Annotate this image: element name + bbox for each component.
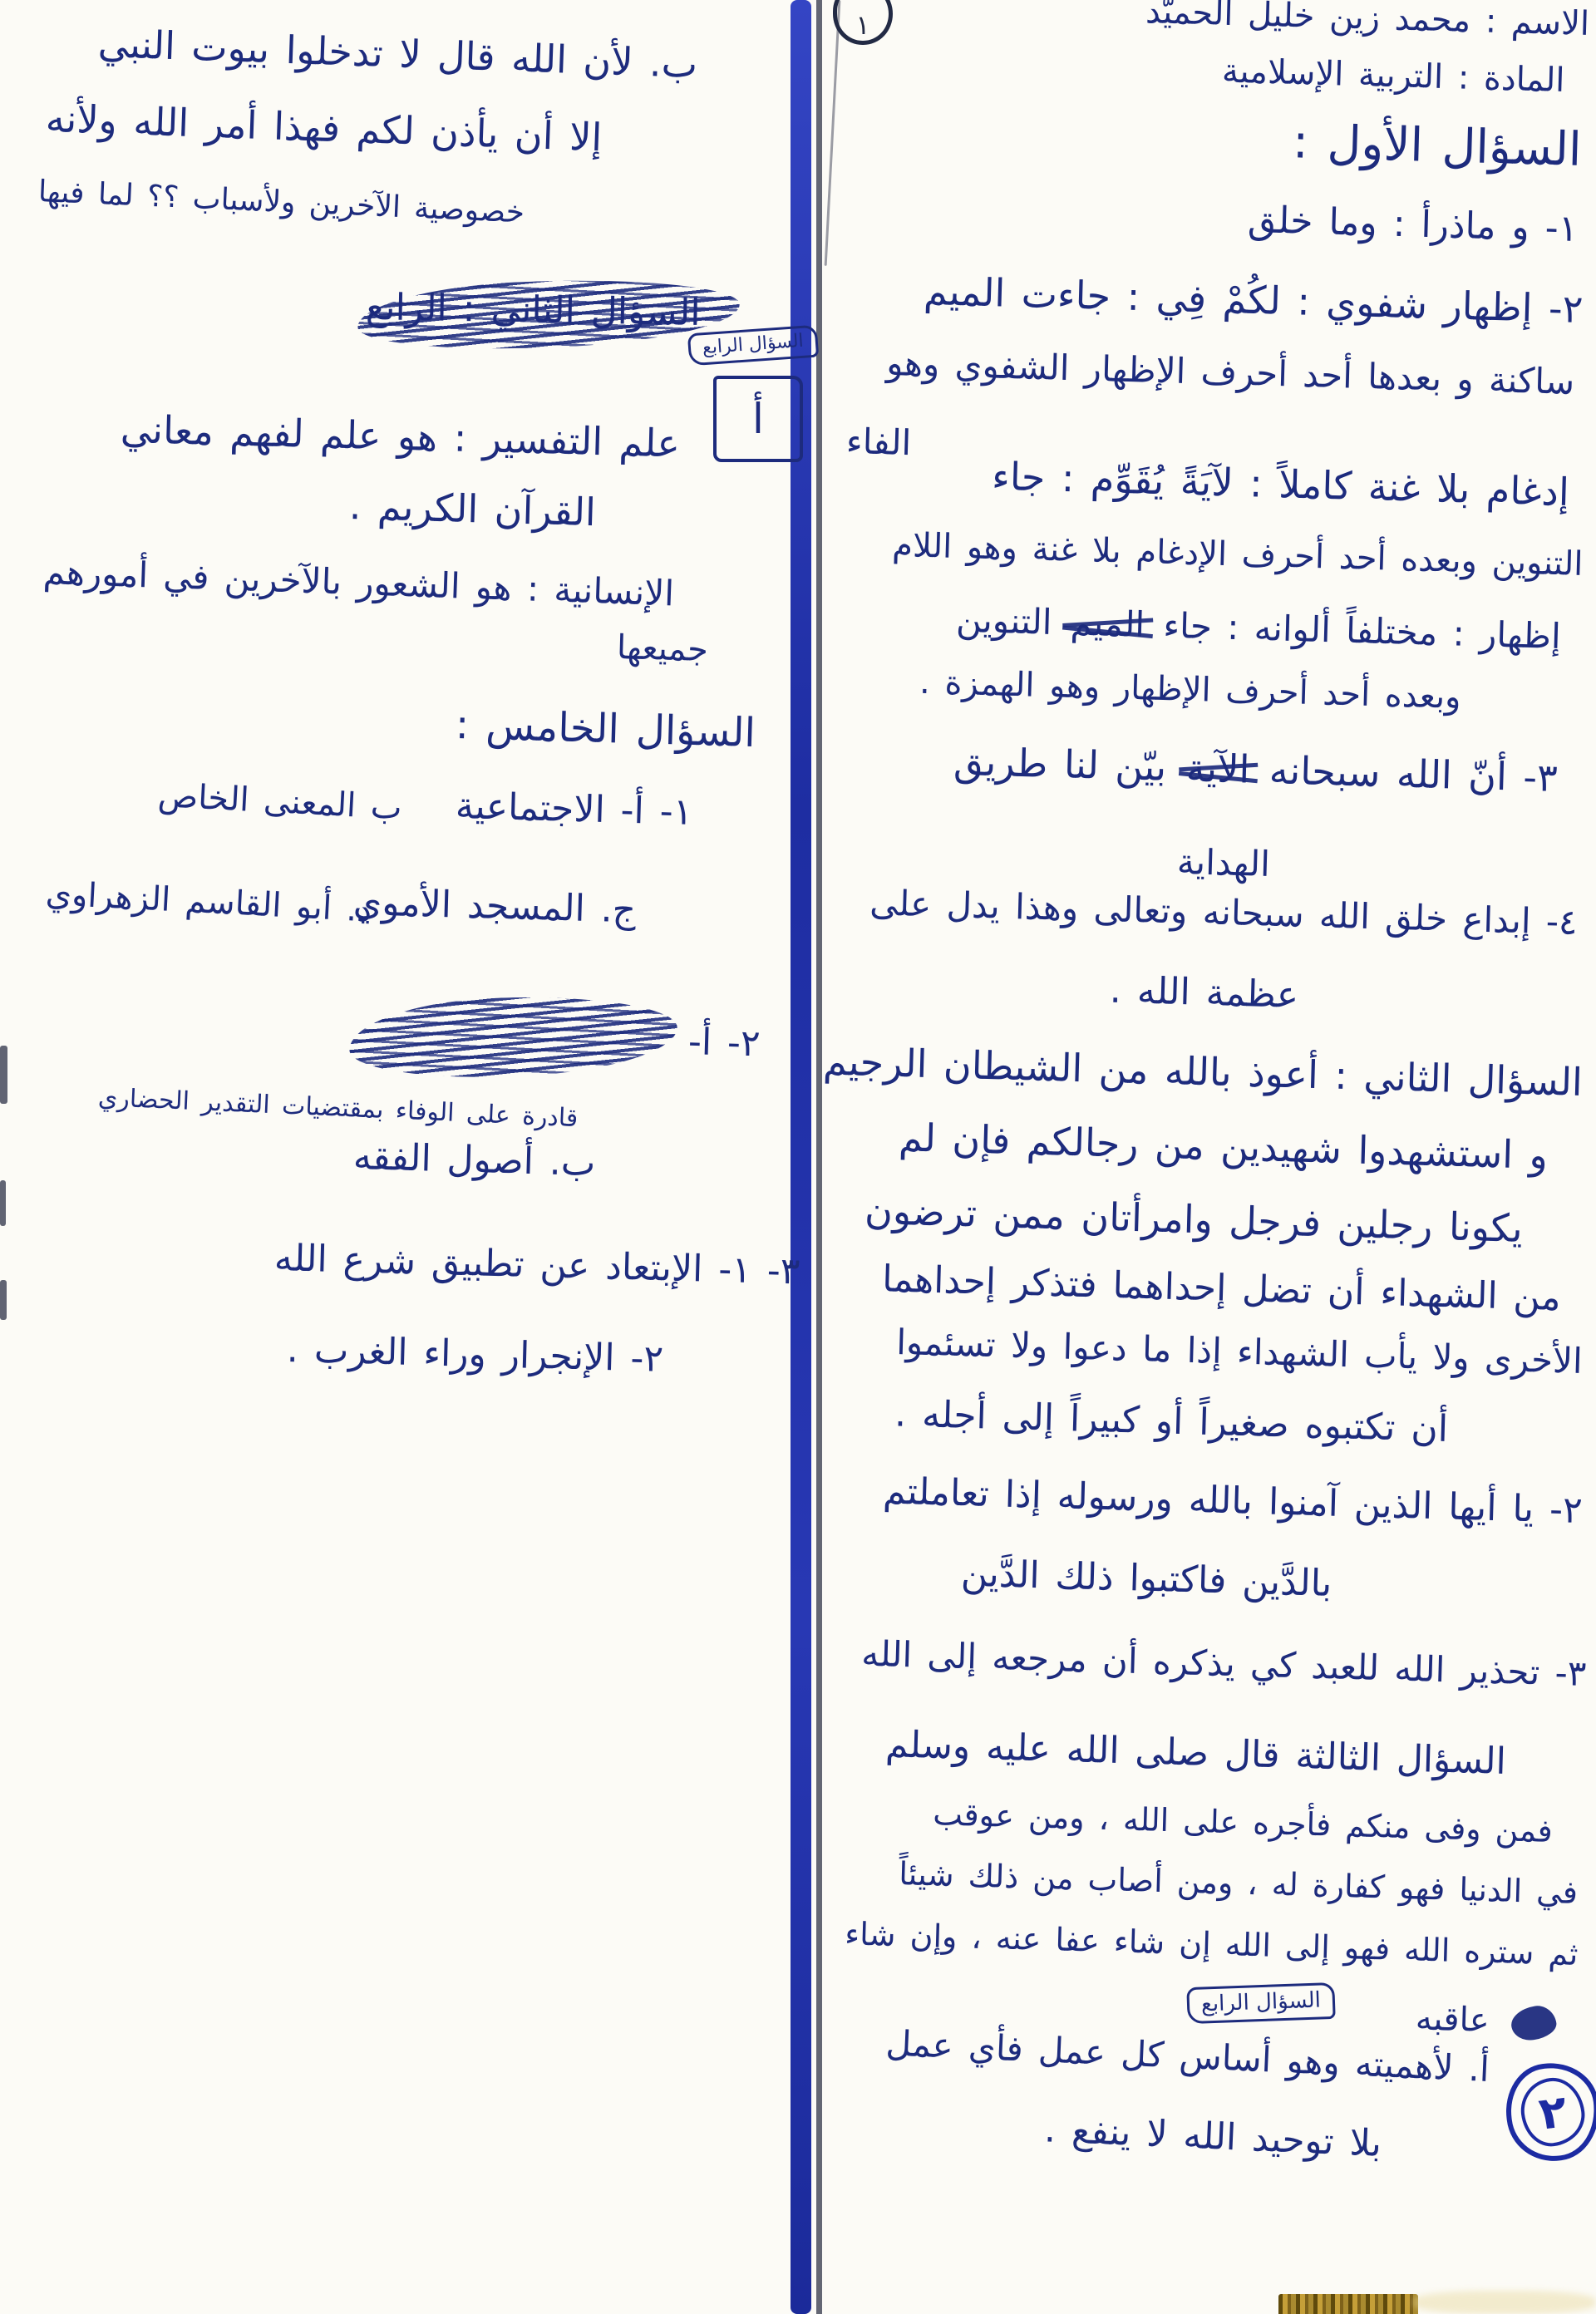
page-number-circle: ١ bbox=[833, 0, 893, 45]
table-edge-artifact bbox=[1278, 2294, 1418, 2314]
q3-hadith-line1: فمن وفى منكم فأجره على الله ، ومن عوقب bbox=[933, 1795, 1554, 1851]
q4-answer-a-line2: بلا توحيد الله لا ينفع . bbox=[1043, 2106, 1382, 2167]
scan-edge-mark bbox=[0, 1180, 6, 1226]
q5-row1-choice-a: ١- أ- الاجتماعية bbox=[455, 783, 693, 835]
q1-answer-5-before: ٣- أنّ الله سبحانه bbox=[1268, 747, 1558, 800]
q1-answer-6-line1: ٤- إبداع خلق الله سبحانه وتعالى وهذا يدل… bbox=[869, 881, 1579, 944]
scribble-over-answer bbox=[347, 992, 678, 1082]
scan-edge-mark bbox=[0, 1046, 7, 1104]
scanned-exam-page: ١ الاسم : محمد زين خليل الحميّد المادة :… bbox=[0, 0, 1596, 2314]
scan-edge-mark bbox=[0, 1280, 7, 1320]
q5-row3-note: قادرة على الوفاء بمقتضيات التقدير الحضار… bbox=[97, 1082, 579, 1135]
qb-answer-line2: إلا أن يأذن لكم فهذا أمر الله ولأنه bbox=[45, 95, 603, 162]
grade-mark-circle: ٢ bbox=[1500, 2058, 1596, 2167]
qb-answer-line1: ب. لأن الله قال لا تدخلوا بيوت النبي bbox=[97, 20, 698, 89]
qb-answer-line3: خصوصية الآخرين ولأسباب ؟؟ لما فيها bbox=[37, 173, 525, 231]
q5-row5-answer: ٣- ١- الإبتعاد عن تطبيق شرع الله bbox=[273, 1235, 800, 1295]
q1-answer-5-line2: الهداية bbox=[1177, 840, 1271, 887]
q4-box-label-right: السؤال الرابع bbox=[1186, 1982, 1335, 2024]
q2-verse-line3: يكونا رجلين فرجل وامرأتان ممن ترضون bbox=[864, 1187, 1524, 1253]
q5-row2-choice-c: ج. المسجد الأموي bbox=[352, 879, 637, 933]
q1-answer-3-line2: التنوين وبعده أحد أحرف الإدغام بلا غنة و… bbox=[891, 524, 1583, 585]
q2-verse-line2: و استشهدوا شهيدين من رجالكم فإن لم bbox=[899, 1114, 1549, 1179]
grade-mark-value: ٢ bbox=[1517, 2075, 1588, 2150]
subject-line: المادة : التربية الإسلامية bbox=[1221, 50, 1565, 101]
q2-verse-line4: من الشهداء أن تضل إحداهما فتذكر إحداهما bbox=[882, 1256, 1562, 1321]
q3-hadith-line4: عاقبه bbox=[1416, 1998, 1490, 2041]
q5-row1-choice-b: ب المعنى الخاص bbox=[157, 775, 403, 829]
q1-answer-4-before: إظهار : مختلفاً ألوانه : جاء bbox=[1163, 605, 1562, 657]
q1-answer-4-line1: إظهار : مختلفاً ألوانه : جاء الميم التنو… bbox=[956, 598, 1562, 659]
tafsir-definition-line1: علم التفسير : هو علم لفهم معاني bbox=[120, 406, 680, 468]
q2-verse-line5: الأخرى ولا يأب الشهداء إذا ما دعوا ولا ت… bbox=[896, 1321, 1584, 1384]
fold-line-strand bbox=[825, 0, 841, 266]
q1-answer-2-line2: ساكنة و بعدها أحد أحرف الإظهار الشفوي وه… bbox=[885, 342, 1574, 405]
q2-answer-3: ٣- تحذير الله للعبد كي يذكره أن مرجعه إل… bbox=[860, 1632, 1586, 1696]
student-name-line: الاسم : محمد زين خليل الحميّد bbox=[1145, 0, 1589, 45]
q3-hadith-line2: في الدنيا فهو كفارة له ، ومن أصاب من ذلك… bbox=[899, 1854, 1579, 1913]
q1-answer-5-after: بيّن لنا طريق bbox=[953, 739, 1167, 790]
q1-answer-1: ١- و ماذرأ : وما خلق bbox=[1247, 197, 1579, 252]
q3-heading: السؤال الثالثة قال صلى الله عليه وسلم bbox=[885, 1721, 1507, 1785]
boxed-letter-a: أ bbox=[713, 376, 803, 462]
tafsir-definition-line2: القرآن الكريم . bbox=[348, 482, 596, 537]
page-number: ١ bbox=[855, 9, 869, 41]
q5-row2-choice-d: د. أبو القاسم الزهراوي bbox=[45, 873, 373, 931]
q2-answer-2-line2: بالدَّين فاكتبوا ذلك الدَّين bbox=[960, 1551, 1332, 1607]
insaniyya-definition-line2: جميعها bbox=[616, 627, 708, 671]
q5-row6-answer: ٢- الإنجرار وراء الغرب . bbox=[286, 1327, 663, 1382]
q4-answer-a-line1: أ. لأهميته وهو أساس كل عمل فأي عمل bbox=[885, 2021, 1490, 2091]
q5-heading: السؤال الخامس : bbox=[455, 700, 756, 758]
q1-answer-2-line1: ٢- إظهار شفوي : لكُمْ فِي : جاءت الميم bbox=[923, 268, 1584, 334]
q2-heading-line: السؤال الثاني : أعوذ بالله من الشيطان ال… bbox=[823, 1037, 1584, 1106]
q3-hadith-line3: ثم ستره الله فهو إلى الله إن شاء عفا عنه… bbox=[844, 1914, 1578, 1974]
q5-row3-number: ٢- أ- bbox=[687, 1019, 761, 1066]
q1-answer-6-line2: عظمة الله . bbox=[1109, 967, 1299, 1018]
q2-answer-2-line1: ٢- يا أيها الذين آمنوا بالله ورسوله إذا … bbox=[883, 1469, 1584, 1534]
ink-blob-scribble bbox=[1509, 2003, 1559, 2043]
crossed-out-word: الآية bbox=[1182, 744, 1254, 794]
q1-answer-4-after: التنوين bbox=[956, 599, 1052, 643]
boxed-letter-value: أ bbox=[752, 395, 764, 443]
q1-answer-2-line3: الفاء bbox=[845, 420, 912, 465]
scan-smudge bbox=[1413, 2291, 1596, 2314]
q5-row4-answer: ب. أصول الفقه bbox=[352, 1134, 596, 1186]
q1-answer-4-line2: وبعده أحد أحرف الإظهار وهو الهمزة . bbox=[919, 662, 1462, 718]
q1-answer-5-line1: ٣- أنّ الله سبحانه الآية بيّن لنا طريق bbox=[953, 738, 1559, 803]
q2-verse-line6: أن تكتبوه صغيراً أو كبيراً إلى أجله . bbox=[894, 1391, 1448, 1452]
q1-answer-3-line1: إدغام بلا غنة كاملاً : لآيَةً يُقَوِّم :… bbox=[992, 453, 1570, 517]
crossed-out-word: الميم bbox=[1066, 601, 1149, 647]
q1-heading: السؤال الأول : bbox=[1292, 113, 1582, 180]
insaniyya-definition-line1: الإنسانية : هو الشعور بالآخرين في أمورهم bbox=[42, 550, 675, 616]
